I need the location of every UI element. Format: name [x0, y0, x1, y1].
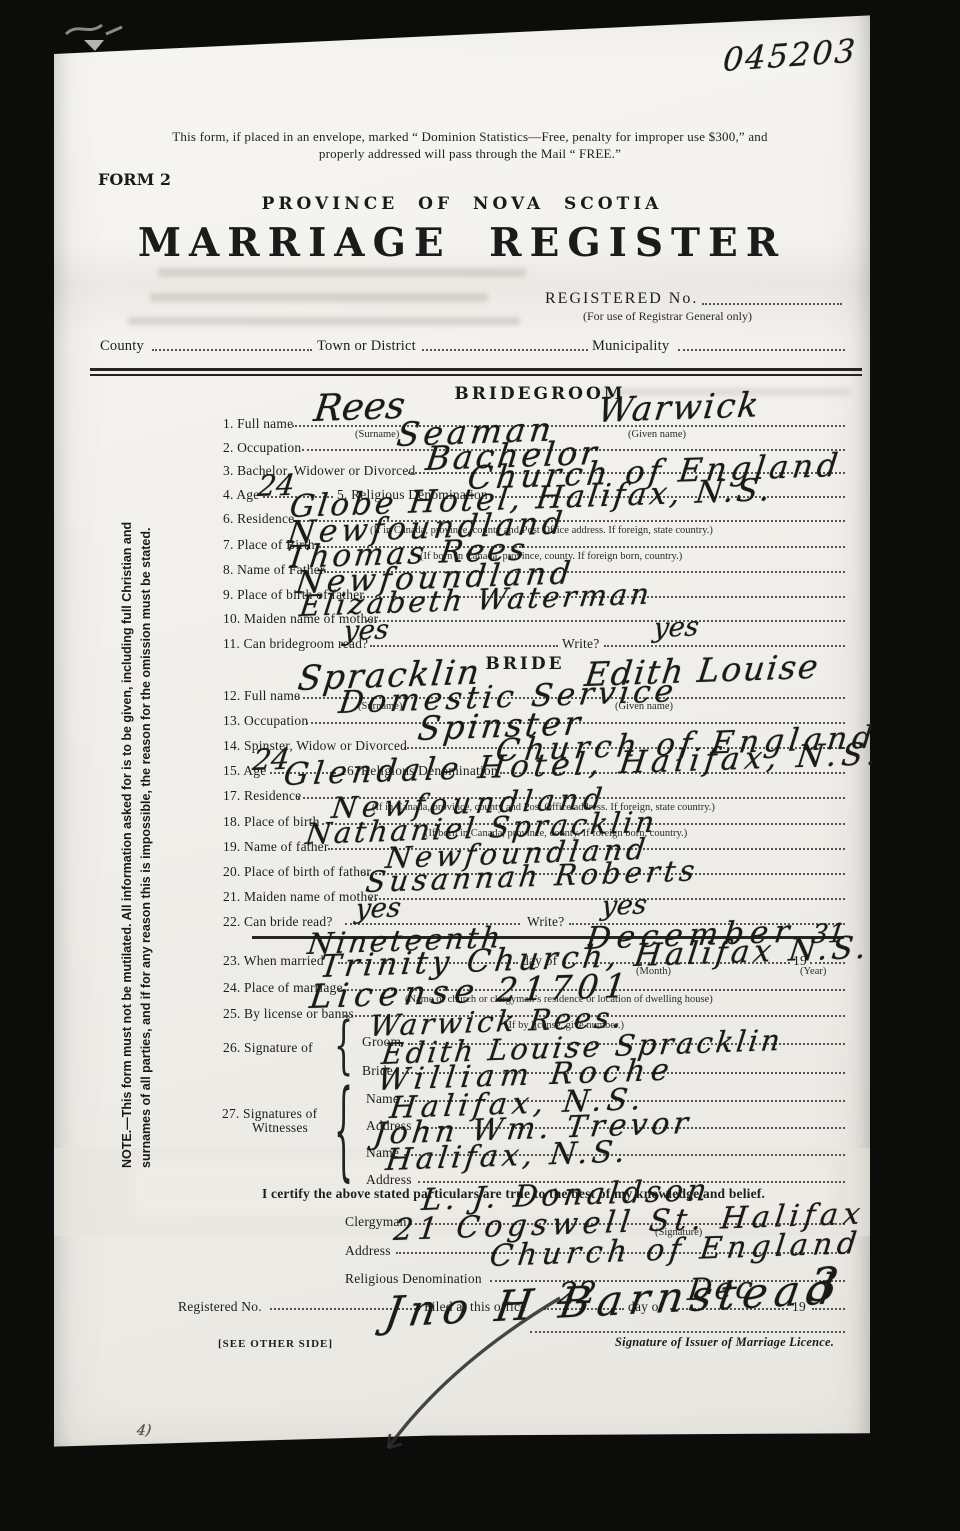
bride-write-label: Write? [527, 914, 564, 930]
witnesses-brace: { [334, 1080, 353, 1188]
town-district-label: Town or District [317, 338, 416, 355]
bride-fullname-label: 12. Full name [223, 688, 300, 704]
form-number: FORM 2 [98, 172, 171, 188]
dotted-leader [152, 349, 312, 351]
see-other-side-note: [SEE OTHER SIDE] [218, 1338, 333, 1351]
bride-write-handwriting: yes [600, 891, 648, 920]
witness2-address-handwriting: Halifax, N.S. [384, 1137, 631, 1176]
registered-no-label: REGISTERED No. [545, 290, 698, 308]
side-note-line1: NOTE.—This form must not be mutilated. A… [118, 556, 137, 1168]
side-note-line2: surnames of all parties, and if for any … [137, 556, 156, 1168]
groom-givenname-handwriting: Warwick [596, 388, 762, 428]
dotted-leader [702, 303, 842, 305]
clergyman-address-label: Address [345, 1243, 391, 1259]
pen-scribble [58, 16, 148, 46]
dotted-leader [422, 349, 588, 351]
dotted-leader [370, 645, 558, 647]
pen-flourish [350, 1280, 870, 1470]
signature-of-label: 26. Signature of [223, 1040, 313, 1056]
groom-read-handwriting: yes [342, 616, 390, 645]
ghost-bleed-line [158, 268, 526, 277]
pen-mark: 4) [136, 1423, 152, 1438]
mail-note-line1: This form, if placed in an envelope, mar… [130, 130, 810, 145]
groom-occupation-label: 2. Occupation [223, 440, 301, 456]
groom-surname-handwriting: Rees [312, 387, 407, 427]
cert-registered-no-label: Registered No. [178, 1299, 262, 1315]
groom-fullname-label: 1. Full name [223, 416, 293, 432]
double-rule-top [90, 368, 862, 371]
groom-age-label: 4. Age [223, 487, 259, 503]
groom-write-handwriting: yes [652, 613, 700, 642]
groom-residence-label: 6. Residence [223, 511, 294, 527]
side-note: NOTE.—This form must not be mutilated. A… [118, 556, 157, 1168]
mail-note-line2: properly addressed will pass through the… [130, 147, 810, 162]
file-number-handwriting: 045203 [722, 34, 858, 76]
bride-occupation-label: 13. Occupation [223, 713, 308, 729]
municipality-label: Municipality [592, 338, 669, 355]
bride-mother-label: 21. Maiden name of mother [223, 889, 378, 905]
double-rule-bottom [90, 374, 862, 376]
ghost-bleed-line [150, 293, 488, 302]
groom-write-label: Write? [562, 636, 599, 652]
bride-father-birth-label: 20. Place of birth of father [223, 864, 371, 880]
registered-no-subnote: (For use of Registrar General only) [583, 310, 752, 322]
province-heading: PROVINCE OF NOVA SCOTIA [54, 196, 870, 213]
year-subnote: (Year) [800, 967, 826, 978]
page-title: MARRIAGE REGISTER [54, 224, 870, 263]
dotted-leader [366, 620, 845, 622]
bride-read-handwriting: yes [354, 894, 402, 923]
scanned-document: 045203 This form, if placed in an envelo… [0, 0, 960, 1531]
dotted-leader [678, 349, 845, 351]
ghost-bleed-line [128, 317, 520, 325]
county-label: County [100, 338, 144, 355]
bride-birthplace-label: 18. Place of birth [223, 814, 320, 830]
witnesses-label-line2: Witnesses [252, 1120, 308, 1136]
groom-surname-subnote: (Surname) [355, 430, 399, 441]
groom-status-label: 3. Bachelor, Widower or Divorced [223, 463, 416, 479]
groom-givenname-subnote: (Given name) [628, 430, 686, 441]
bride-status-label: 14. Spinster, Widow or Divorced [223, 738, 407, 754]
